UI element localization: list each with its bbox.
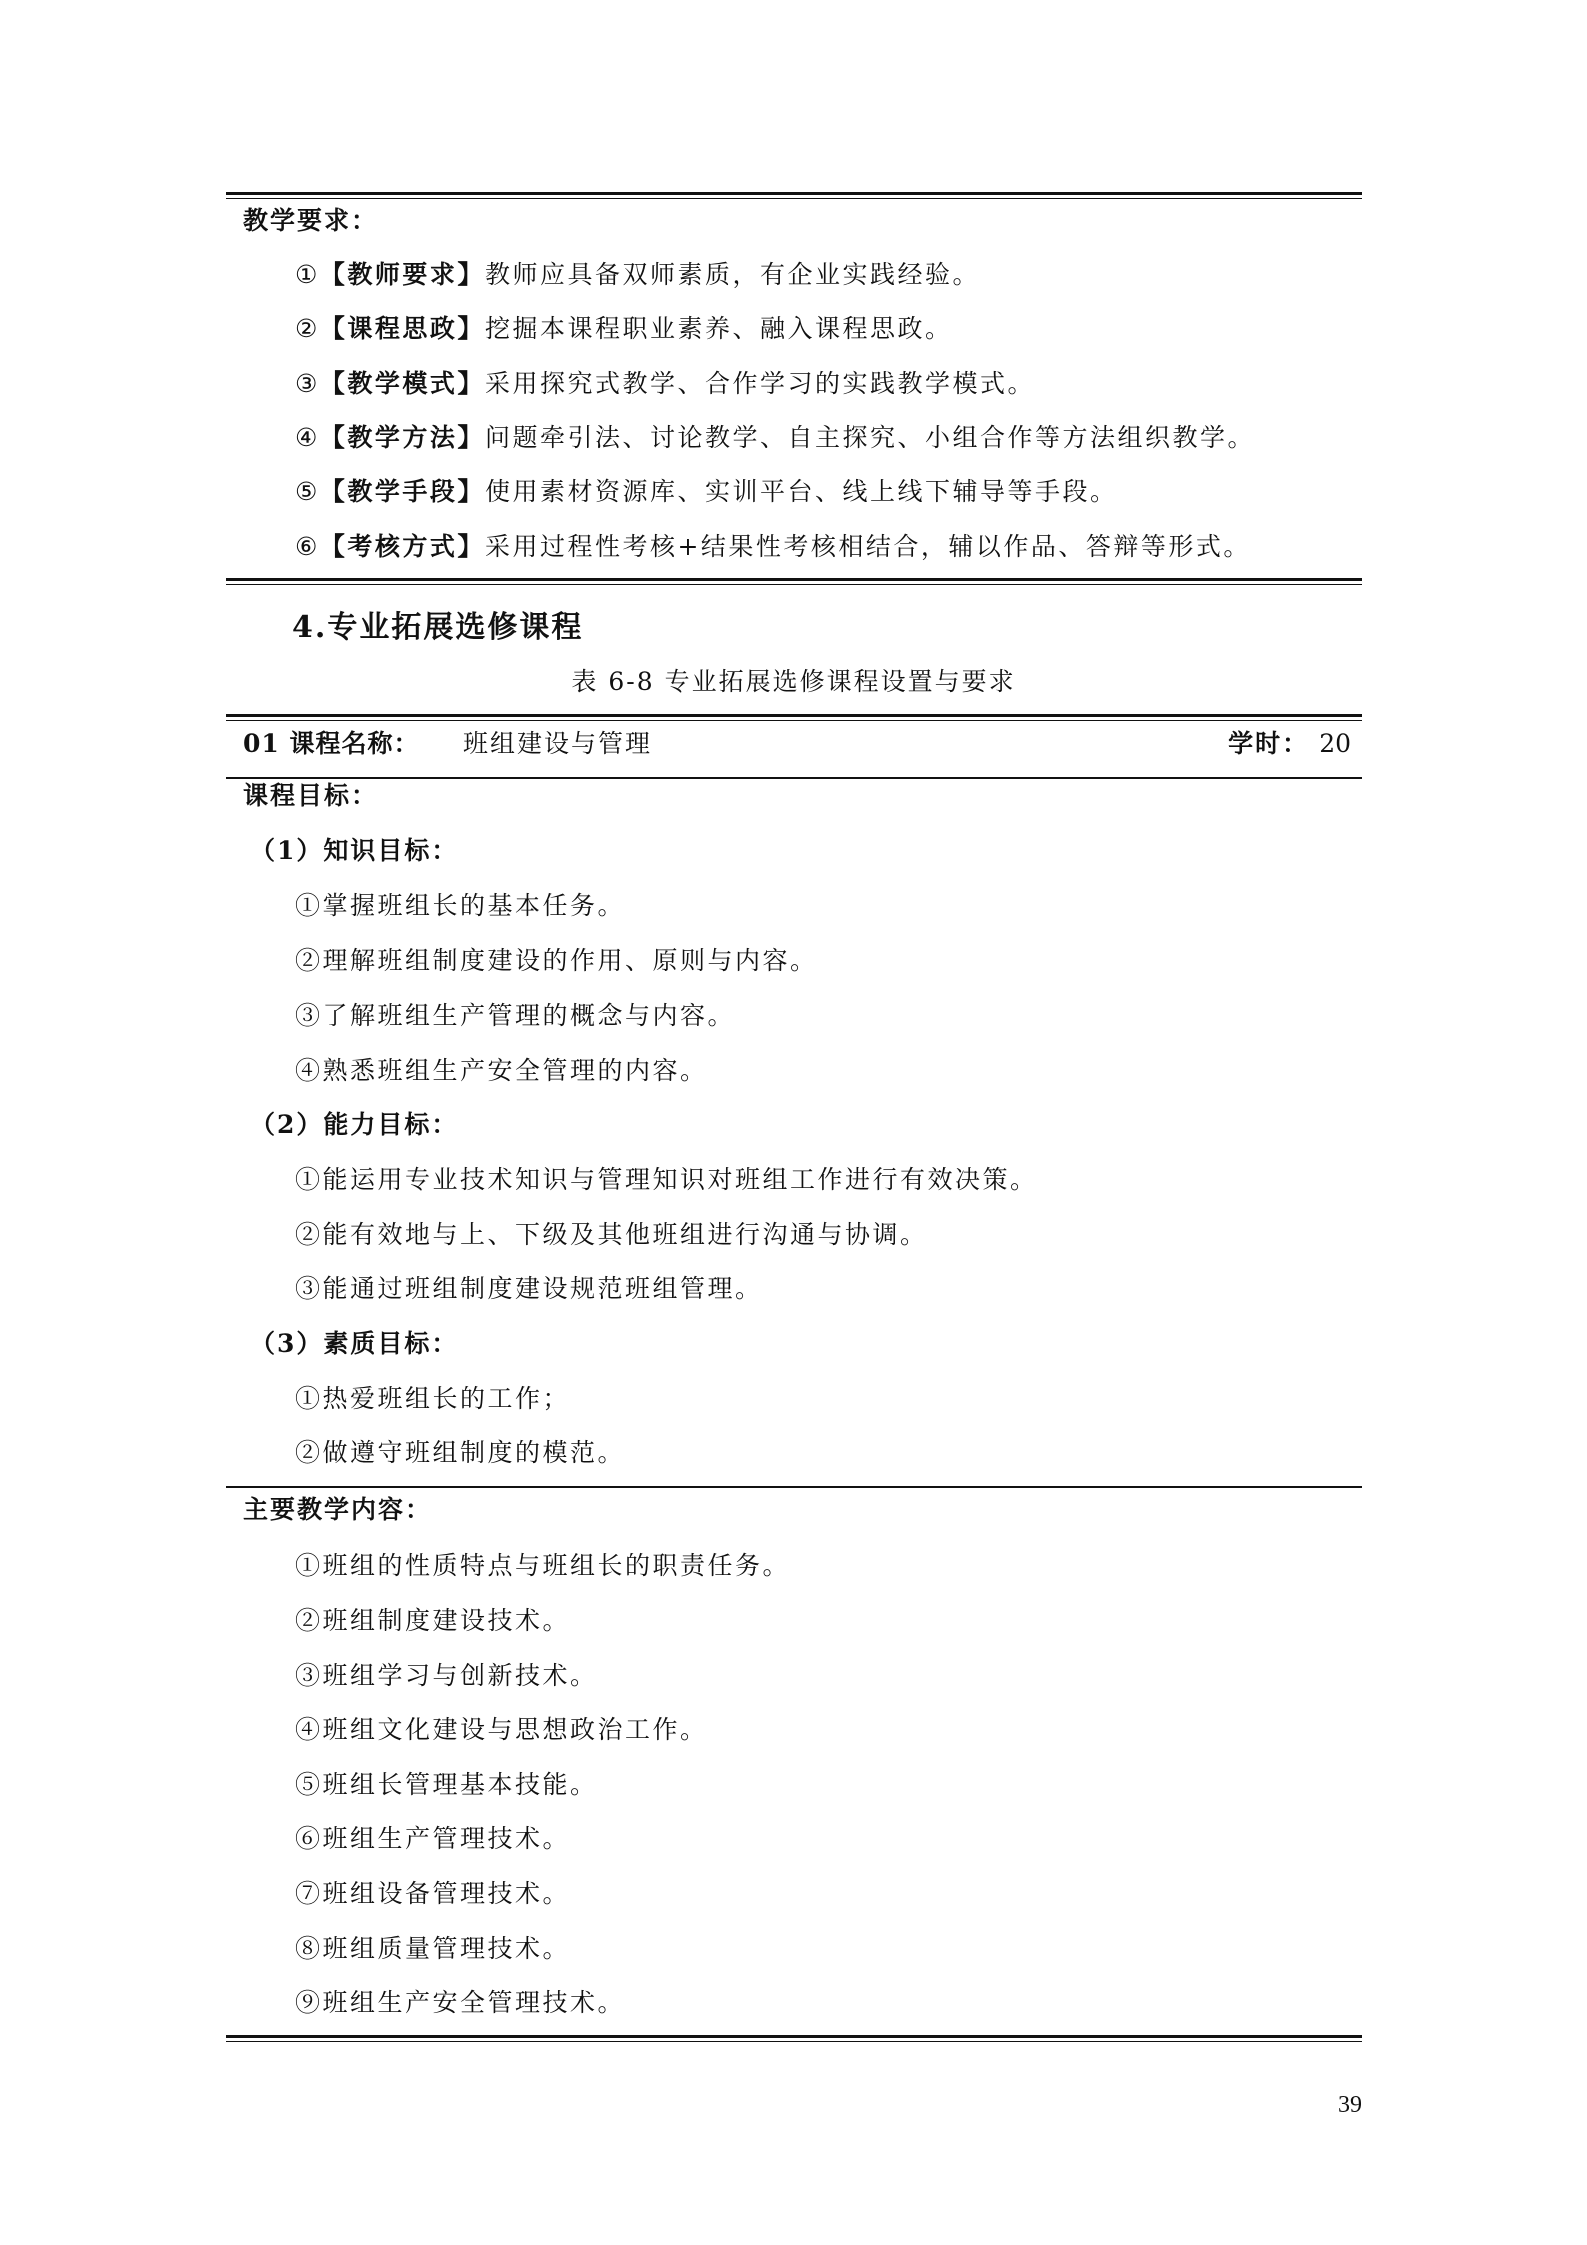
content-item: ⑦班组设备管理技术。 [295,1874,570,1910]
item-number: ① [295,260,320,289]
content-item: ③班组学习与创新技术。 [295,1656,598,1692]
knowledge-item: ④熟悉班组生产安全管理的内容。 [295,1051,708,1087]
requirement-item: ⑥【考核方式】采用过程性考核+结果性考核相结合，辅以作品、答辩等形式。 [295,527,1251,563]
item-number: ③ [295,369,320,398]
item-text: 教师应具备双师素质，有企业实践经验。 [485,260,980,289]
ability-objectives-label: （2）能力目标： [250,1105,458,1141]
teaching-requirements-label: 教学要求： [243,201,378,237]
table-bottom-rule [226,578,1362,585]
quality-item: ①热爱班组长的工作； [295,1379,570,1415]
requirement-item: ③【教学模式】采用探究式教学、合作学习的实践教学模式。 [295,364,1035,400]
content-divider [226,1486,1362,1488]
quality-objectives-label: （3）素质目标： [250,1324,458,1360]
knowledge-item: ①掌握班组长的基本任务。 [295,886,625,922]
item-text: 采用过程性考核+结果性考核相结合，辅以作品、答辩等形式。 [485,532,1251,561]
content-item: ⑤班组长管理基本技能。 [295,1765,598,1801]
content-item: ④班组文化建设与思想政治工作。 [295,1710,708,1746]
content-item: ⑨班组生产安全管理技术。 [295,1983,625,2019]
item-tag: 【教学手段】 [320,477,485,506]
item-number: ⑤ [295,477,320,506]
item-text: 使用素材资源库、实训平台、线上线下辅导等手段。 [485,477,1118,506]
content-item: ⑧班组质量管理技术。 [295,1929,570,1965]
course-table-top-rule [226,714,1362,721]
content-item: ⑥班组生产管理技术。 [295,1819,570,1855]
knowledge-objectives-label: （1）知识目标： [250,831,458,867]
item-number: ⑥ [295,532,320,561]
course-table-bottom-rule [226,2035,1362,2042]
knowledge-item: ②理解班组制度建设的作用、原则与内容。 [295,941,818,977]
main-content-label: 主要教学内容： [243,1490,432,1526]
page-number: 39 [1338,2092,1362,2119]
quality-item: ②做遵守班组制度的模范。 [295,1433,625,1469]
course-header-divider [226,777,1362,779]
course-name-label: 01 课程名称： [243,729,420,758]
course-name: 班组建设与管理 [463,724,652,760]
hours-label: 学时： [1228,729,1309,758]
section-title: 4.专业拓展选修课程 [292,602,583,646]
course-header-row: 01 课程名称： 班组建设与管理 学时：20 [243,724,1351,768]
table-caption: 表 6-8 专业拓展选修课程设置与要求 [0,662,1587,698]
objectives-label: 课程目标： [243,776,378,812]
ability-item: ②能有效地与上、下级及其他班组进行沟通与协调。 [295,1215,928,1251]
table-top-rule [226,192,1362,199]
knowledge-item: ③了解班组生产管理的概念与内容。 [295,996,735,1032]
item-tag: 【教学方法】 [320,423,485,452]
requirement-item: ④【教学方法】问题牵引法、讨论教学、自主探究、小组合作等方法组织教学。 [295,418,1255,454]
item-tag: 【教学模式】 [320,369,485,398]
requirement-item: ②【课程思政】挖掘本课程职业素养、融入课程思政。 [295,309,952,345]
item-text: 问题牵引法、讨论教学、自主探究、小组合作等方法组织教学。 [485,423,1255,452]
item-number: ② [295,314,320,343]
course-hours: 学时：20 [1228,724,1351,760]
requirement-item: ①【教师要求】教师应具备双师素质，有企业实践经验。 [295,255,980,291]
content-item: ①班组的性质特点与班组长的职责任务。 [295,1546,790,1582]
item-number: ④ [295,423,320,452]
item-tag: 【教师要求】 [320,260,485,289]
item-text: 挖掘本课程职业素养、融入课程思政。 [485,314,953,343]
ability-item: ①能运用专业技术知识与管理知识对班组工作进行有效决策。 [295,1160,1038,1196]
content-item: ②班组制度建设技术。 [295,1601,570,1637]
requirement-item: ⑤【教学手段】使用素材资源库、实训平台、线上线下辅导等手段。 [295,472,1117,508]
hours-value: 20 [1309,729,1351,758]
item-tag: 【考核方式】 [320,532,485,561]
ability-item: ③能通过班组制度建设规范班组管理。 [295,1269,763,1305]
item-text: 采用探究式教学、合作学习的实践教学模式。 [485,369,1035,398]
item-tag: 【课程思政】 [320,314,485,343]
